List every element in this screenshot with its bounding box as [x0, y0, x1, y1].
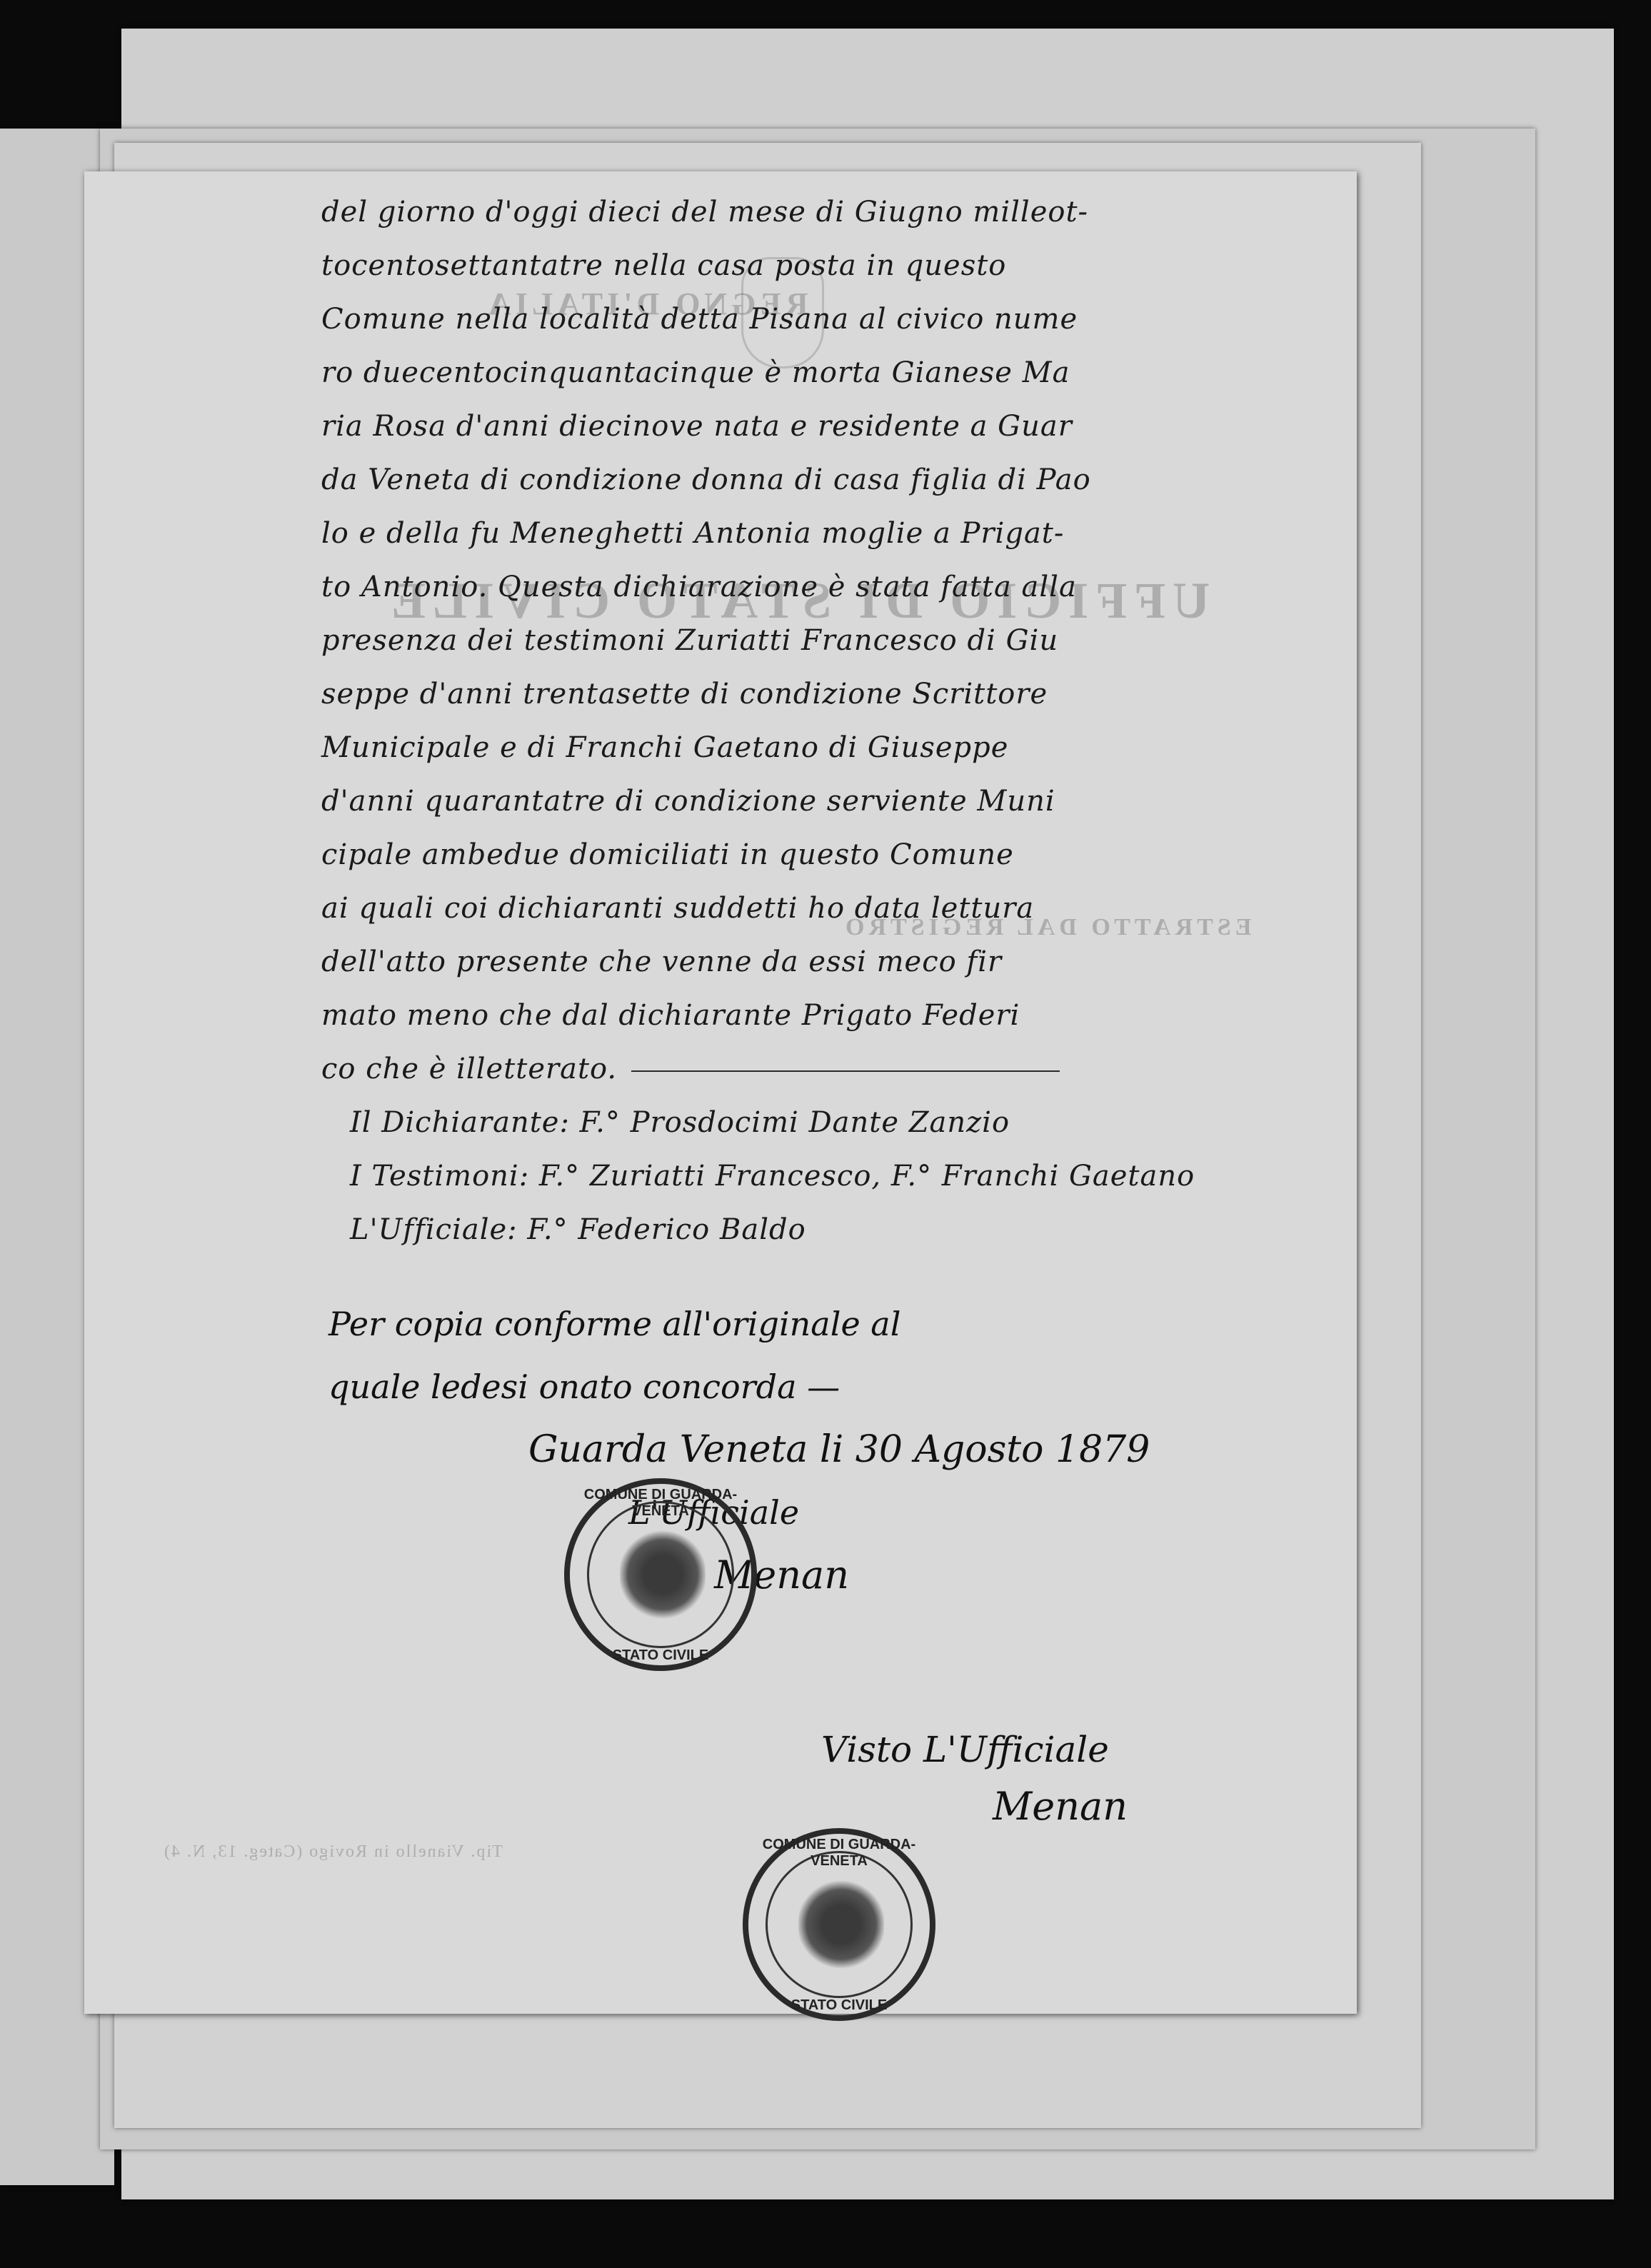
stamp-emblem-icon: [620, 1528, 706, 1621]
body-line: seppe d'anni trentasette di condizione S…: [321, 668, 1350, 721]
body-line: dell'atto presente che venne da essi mec…: [321, 935, 1350, 989]
body-line: ro duecentocinquantacinque è morta Giane…: [321, 346, 1350, 400]
signature-testimoni: I Testimoni: F.° Zuriatti Francesco, F.°…: [321, 1150, 1350, 1203]
visto-block: Visto L'Ufficiale Menan: [821, 1721, 1128, 1835]
visto-label: Visto L'Ufficiale: [821, 1721, 1128, 1778]
stamp-ring-bottom: STATO CIVILE: [748, 1997, 930, 2014]
body-line: lo e della fu Meneghetti Antonia moglie …: [321, 507, 1350, 561]
body-line: presenza dei testimoni Zuriatti Francesc…: [321, 614, 1350, 668]
signature-dichiarante: Il Dichiarante: F.° Prosdocimi Dante Zan…: [321, 1096, 1350, 1150]
body-line: mato meno che dal dichiarante Prigato Fe…: [321, 989, 1350, 1043]
certification-signature: Menan: [328, 1544, 1257, 1607]
municipal-seal-stamp-icon: COMUNE DI GUARDA-VENETA STATO CIVILE: [564, 1478, 757, 1671]
certification-line-1: Per copia conforme all'originale al: [328, 1293, 1257, 1355]
certification-line-2: quale ledesi onato concorda —: [328, 1355, 1257, 1418]
stamp-ring-bottom: STATO CIVILE: [570, 1647, 751, 1664]
body-line: ria Rosa d'anni diecinove nata e residen…: [321, 400, 1350, 453]
body-line: tocentosettantatre nella casa posta in q…: [321, 239, 1350, 293]
signature-ufficiale: L'Ufficiale: F.° Federico Baldo: [321, 1203, 1350, 1257]
body-line-text: co che è illetterato.: [321, 1053, 617, 1085]
certification-block: Per copia conforme all'originale al qual…: [328, 1293, 1257, 1607]
municipal-seal-stamp-icon: COMUNE DI GUARDA-VENETA STATO CIVILE: [743, 1828, 935, 2021]
stamp-emblem-icon: [798, 1878, 884, 1971]
body-line: d'anni quarantatre di condizione servien…: [321, 775, 1350, 828]
closing-rule: [631, 1070, 1060, 1072]
body-line: to Antonio. Questa dichiarazione è stata…: [321, 561, 1350, 614]
body-line: ai quali coi dichiaranti suddetti ho dat…: [321, 882, 1350, 935]
body-line-last: co che è illetterato.: [321, 1043, 1350, 1096]
body-line: del giorno d'oggi dieci del mese di Giug…: [321, 186, 1350, 239]
stamp-ring-top: COMUNE DI GUARDA-VENETA: [570, 1487, 751, 1520]
certification-place-date: Guarda Veneta li 30 Agosto 1879: [328, 1418, 1257, 1481]
bleed-through-printer-line: Tip. Vianello in Rovigo (Categ. 13, N. 4…: [163, 1842, 503, 1862]
body-line: da Veneta di condizione donna di casa fi…: [321, 453, 1350, 507]
certification-title: L'Ufficiale: [328, 1481, 1257, 1544]
visto-signature: Menan: [821, 1778, 1128, 1835]
body-line: Comune nella località detta Pisana al ci…: [321, 293, 1350, 346]
body-line: cipale ambedue domiciliati in questo Com…: [321, 828, 1350, 882]
handwritten-body: del giorno d'oggi dieci del mese di Giug…: [321, 186, 1350, 1257]
body-line: Municipale e di Franchi Gaetano di Giuse…: [321, 721, 1350, 775]
stamp-ring-top: COMUNE DI GUARDA-VENETA: [748, 1837, 930, 1870]
